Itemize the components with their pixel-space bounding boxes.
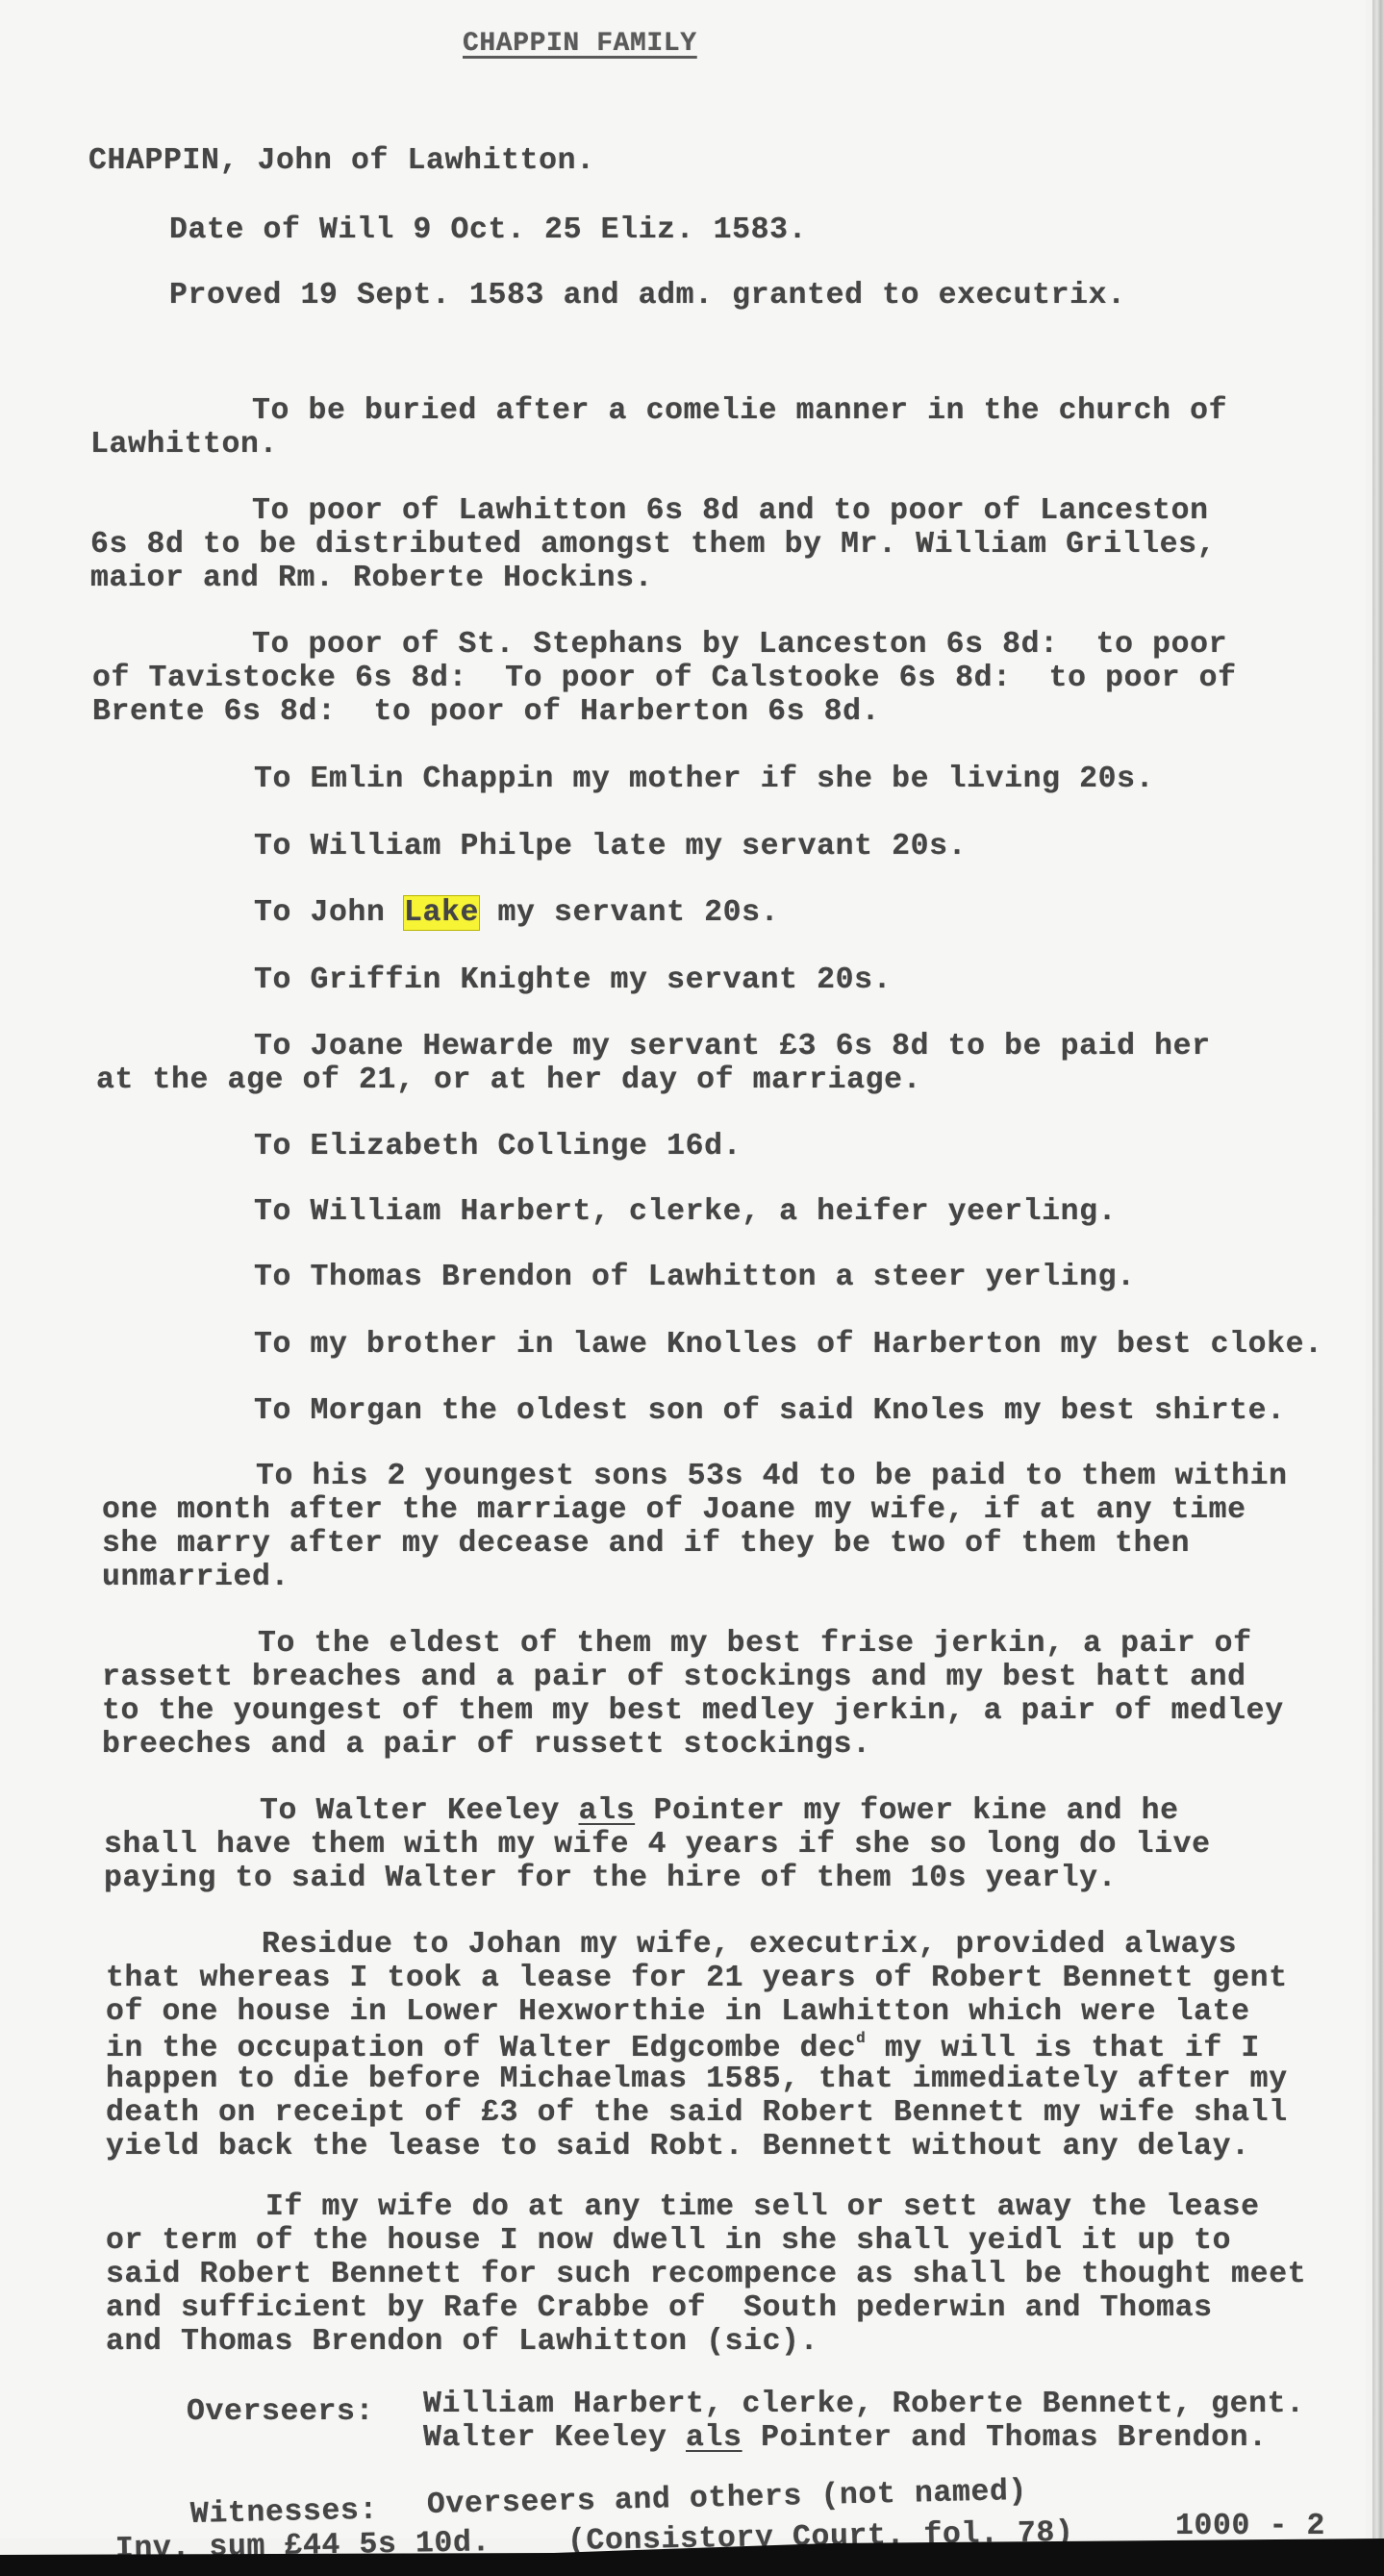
bequest-line: and sufficient by Rafe Crabbe of South p… [106,2293,1213,2324]
text-run: my will is that if I [866,2032,1260,2065]
bequest-line: To be buried after a comelie manner in t… [252,396,1227,427]
probate-date: Proved 19 Sept. 1583 and adm. granted to… [169,281,1126,312]
underlined-text: als [686,2421,742,2455]
document-title: CHAPPIN FAMILY [463,31,697,58]
bequest-line: rassett breaches and a pair of stockings… [102,1663,1246,1693]
bequest-line: breeches and a pair of russett stockings… [102,1730,871,1761]
bequest-line: that whereas I took a lease for 21 years… [106,1963,1288,1994]
overseers-line: Walter Keeley als Pointer and Thomas Bre… [423,2423,1268,2454]
bequest-line: To poor of Lawhitton 6s 8d and to poor o… [252,496,1209,527]
document-page: CHAPPIN FAMILY CHAPPIN, John of Lawhitto… [0,0,1366,2538]
bequest-line: If my wife do at any time sell or sett a… [265,2192,1260,2223]
witnesses-label: Witnesses: [190,2496,379,2531]
bequest-line: To the eldest of them my best frise jerk… [258,1629,1252,1660]
bequest-line: To Emlin Chappin my mother if she be liv… [254,764,1154,795]
text-run: Walter Keeley [423,2421,686,2455]
bequest-line: To Griffin Knighte my servant 20s. [254,965,892,996]
witnesses-value: Overseers and others (not named) [427,2477,1028,2521]
testator-name: CHAPPIN, John of Lawhitton. [88,146,595,177]
bequest-line: said Robert Bennett for such recompence … [106,2260,1306,2290]
bequest-line: To Morgan the oldest son of said Knoles … [254,1396,1286,1427]
bequest-line: To his 2 youngest sons 53s 4d to be paid… [256,1462,1288,1492]
bequest-line: of one house in Lower Hexworthie in Lawh… [106,1997,1250,2028]
bequest-line: To poor of St. Stephans by Lanceston 6s … [252,630,1227,661]
bequest-line: yield back the lease to said Robt. Benne… [106,2132,1250,2163]
will-date: Date of Will 9 Oct. 25 Eliz. 1583. [169,215,807,246]
bequest-line: To my brother in lawe Knolles of Harbert… [254,1330,1323,1361]
text-run: Pointer and Thomas Brendon. [742,2421,1268,2455]
bequest-line: maior and Rm. Roberte Hockins. [90,563,653,594]
page-reference: 1000 - 2 [1175,2512,1325,2542]
bequest-line: To John Lake my servant 20s. [254,898,779,929]
underlined-text: als [579,1794,636,1828]
overseers-label: Overseers: [187,2397,374,2428]
bequest-line: To William Harbert, clerke, a heifer yee… [254,1197,1117,1228]
bequest-line: death on receipt of £3 of the said Rober… [106,2098,1288,2129]
search-highlight: Lake [404,896,479,930]
bequest-line: To Joane Hewarde my servant £3 6s 8d to … [254,1032,1211,1063]
text-run: in the occupation of Walter Edgcombe dec [106,2032,856,2065]
bequest-line: To Walter Keeley als Pointer my fower ki… [260,1796,1179,1827]
bequest-line: one month after the marriage of Joane my… [102,1495,1246,1526]
page-edge [1372,0,1384,2538]
bequest-line: 6s 8d to be distributed amongst them by … [90,530,1216,561]
bequest-line: To William Philpe late my servant 20s. [254,832,967,863]
bequest-line: Lawhitton. [90,430,278,461]
bequest-line: unmarried. [102,1563,289,1593]
overseers-line: William Harbert, clerke, Roberte Bennett… [423,2389,1305,2420]
bequest-line: and Thomas Brendon of Lawhitton (sic). [106,2327,818,2358]
bequest-line: To Thomas Brendon of Lawhitton a steer y… [254,1263,1136,1293]
bequest-line: To Elizabeth Collinge 16d. [254,1132,742,1163]
bequest-line: in the occupation of Walter Edgcombe dec… [106,2031,1260,2064]
bequest-line: at the age of 21, or at her day of marri… [96,1065,921,1096]
bequest-line: Residue to Johan my wife, executrix, pro… [262,1930,1237,1961]
bequest-line: Brente 6s 8d: to poor of Harberton 6s 8d… [92,697,880,728]
bequest-line: of Tavistocke 6s 8d: To poor of Calstook… [92,663,1237,694]
bequest-line: paying to said Walter for the hire of th… [104,1863,1117,1894]
bequest-line: or term of the house I now dwell in she … [106,2226,1231,2257]
text-run: To Walter Keeley [260,1794,579,1828]
bequest-line: to the youngest of them my best medley j… [102,1696,1284,1727]
bequest-line: happen to die before Michaelmas 1585, th… [106,2064,1288,2095]
bequest-line: shall have them with my wife 4 years if … [104,1830,1211,1861]
text-run: To John [254,896,404,930]
text-run: my servant 20s. [479,896,779,930]
bequest-line: she marry after my decease and if they b… [102,1529,1190,1560]
superscript: d [856,2030,866,2047]
text-run: Pointer my fower kine and he [635,1794,1179,1828]
